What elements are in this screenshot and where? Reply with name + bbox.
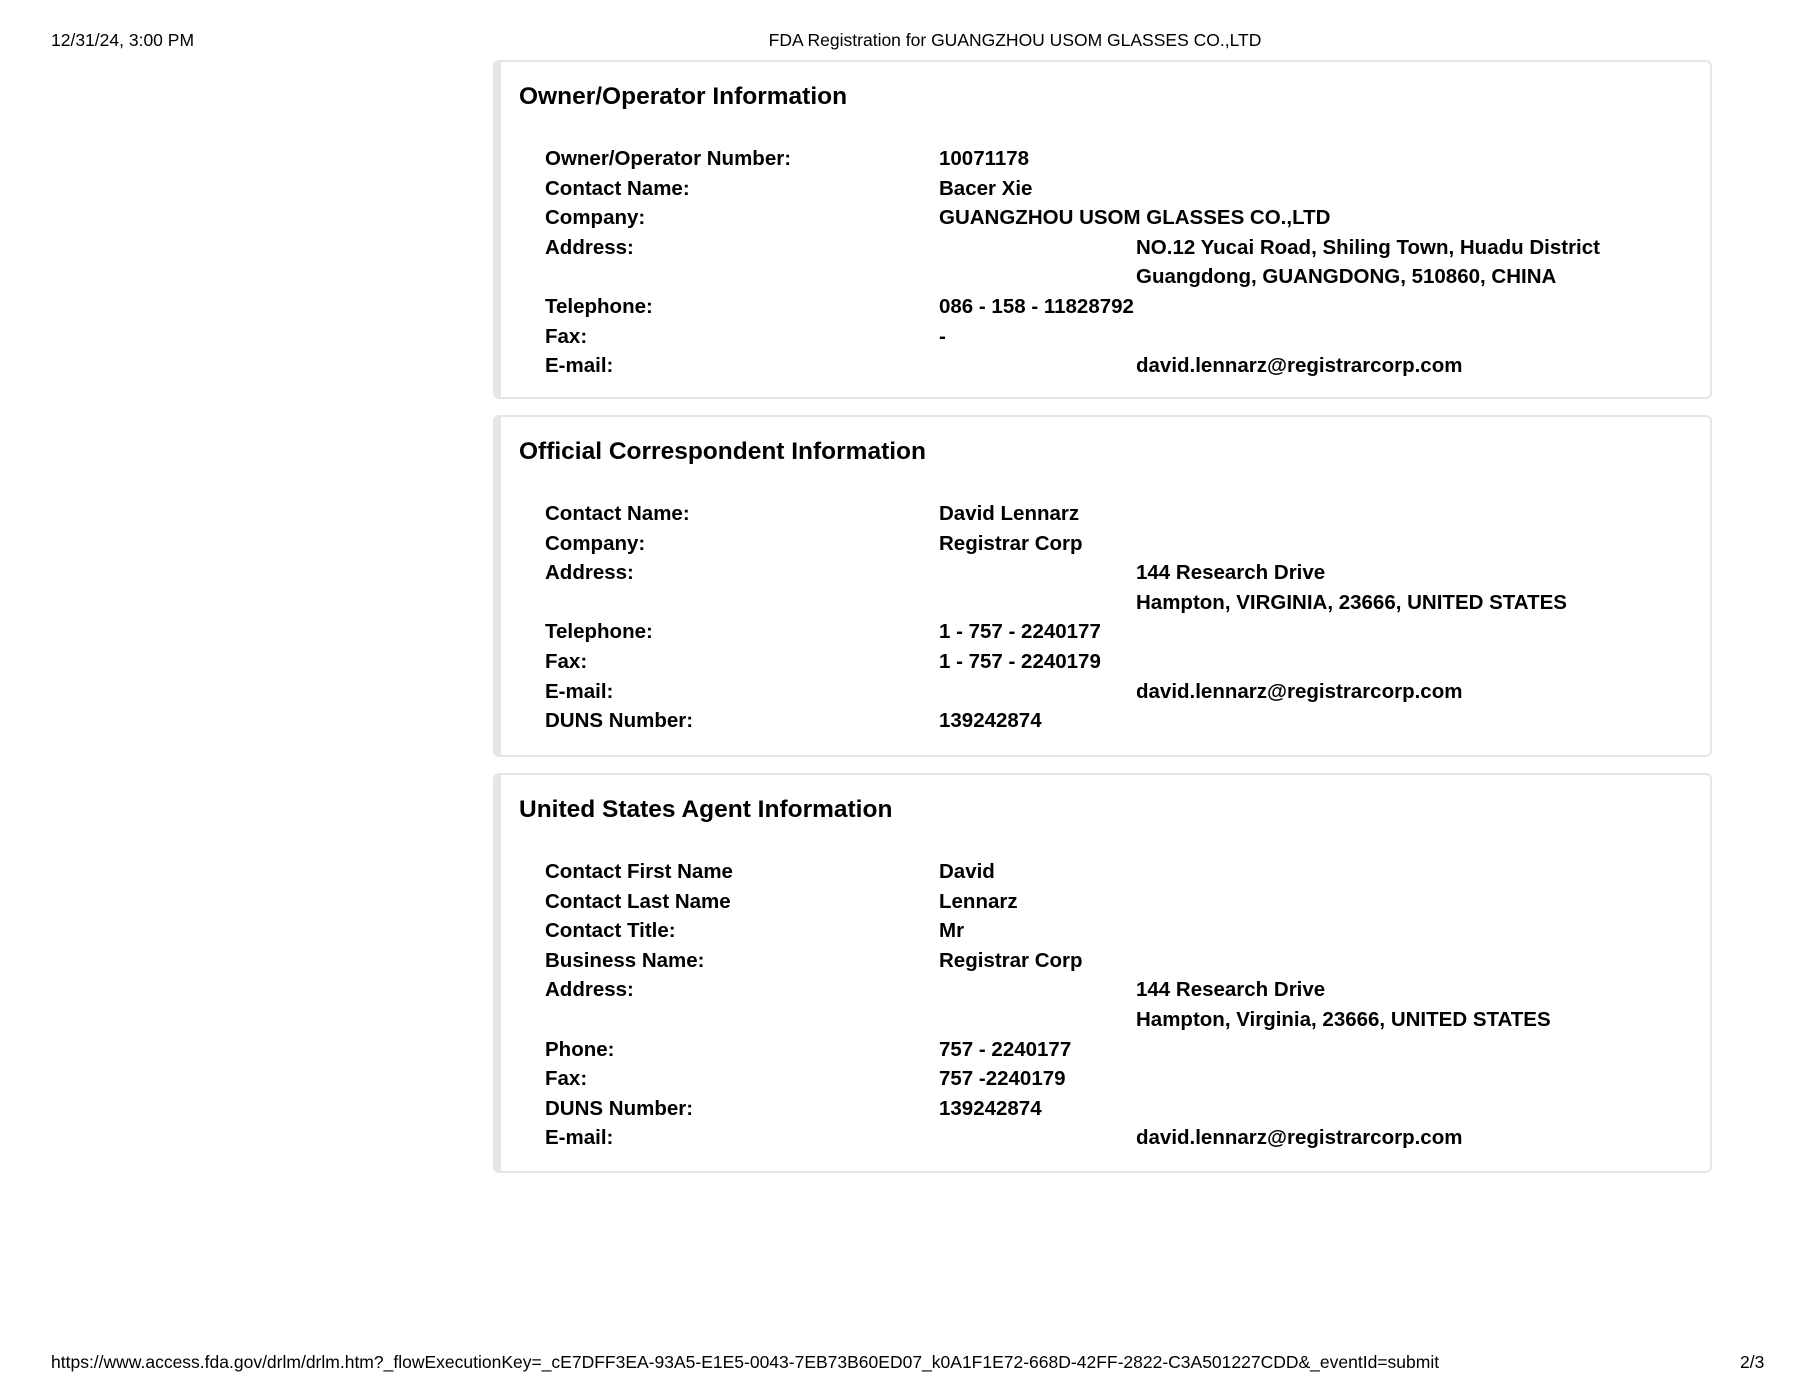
field-label: Fax: xyxy=(545,1064,587,1094)
field-value: 1 - 757 - 2240179 xyxy=(939,647,1101,677)
field-label: Phone: xyxy=(545,1035,614,1065)
field-label: Fax: xyxy=(545,647,587,677)
address-line-1: NO.12 Yucai Road, Shiling Town, Huadu Di… xyxy=(1136,233,1600,263)
section-title: Owner/Operator Information xyxy=(519,82,847,112)
field-value: Mr xyxy=(939,916,964,946)
field-value: 757 - 2240177 xyxy=(939,1035,1071,1065)
field-list: Contact First Name David Contact Last Na… xyxy=(545,857,1710,1153)
field-row-telephone: Telephone: 1 - 757 - 2240177 xyxy=(545,617,1710,647)
field-row-address: Address: 144 Research Drive Hampton, VIR… xyxy=(545,558,1710,617)
page-title: FDA Registration for GUANGZHOU USOM GLAS… xyxy=(0,29,1806,51)
field-value: 1 - 757 - 2240177 xyxy=(939,617,1101,647)
field-value: david.lennarz@registrarcorp.com xyxy=(1136,677,1462,707)
field-label: Address: xyxy=(545,975,634,1005)
field-value: 139242874 xyxy=(939,706,1042,736)
address-line-2: Guangdong, GUANGDONG, 510860, CHINA xyxy=(1136,262,1600,292)
field-label: Contact Name: xyxy=(545,174,690,204)
field-value: Lennarz xyxy=(939,887,1018,917)
field-value: Bacer Xie xyxy=(939,174,1032,204)
field-row-email: E-mail: david.lennarz@registrarcorp.com xyxy=(545,351,1710,381)
field-value: Registrar Corp xyxy=(939,946,1083,976)
field-row-company: Company: GUANGZHOU USOM GLASSES CO.,LTD xyxy=(545,203,1710,233)
address-line-1: 144 Research Drive xyxy=(1136,975,1551,1005)
field-label: Owner/Operator Number: xyxy=(545,144,791,174)
field-label: E-mail: xyxy=(545,677,613,707)
field-value: david.lennarz@registrarcorp.com xyxy=(1136,351,1462,381)
field-row-phone: Phone: 757 - 2240177 xyxy=(545,1035,1710,1065)
field-list: Owner/Operator Number: 10071178 Contact … xyxy=(545,144,1710,381)
page-url: https://www.access.fda.gov/drlm/drlm.htm… xyxy=(51,1351,1439,1373)
field-label: Address: xyxy=(545,558,634,588)
field-row-contact-name: Contact Name: Bacer Xie xyxy=(545,174,1710,204)
field-row-fax: Fax: 757 -2240179 xyxy=(545,1064,1710,1094)
field-value: 139242874 xyxy=(939,1094,1042,1124)
field-label: DUNS Number: xyxy=(545,1094,693,1124)
field-label: Business Name: xyxy=(545,946,705,976)
address-line-1: 144 Research Drive xyxy=(1136,558,1567,588)
field-value: David xyxy=(939,857,995,887)
address-line-2: Hampton, Virginia, 23666, UNITED STATES xyxy=(1136,1005,1551,1035)
field-label: Contact First Name xyxy=(545,857,733,887)
field-row-owner-operator-number: Owner/Operator Number: 10071178 xyxy=(545,144,1710,174)
field-row-contact-first-name: Contact First Name David xyxy=(545,857,1710,887)
field-value: 086 - 158 - 11828792 xyxy=(939,292,1134,322)
field-row-address: Address: 144 Research Drive Hampton, Vir… xyxy=(545,975,1710,1034)
field-label: DUNS Number: xyxy=(545,706,693,736)
owner-operator-section: Owner/Operator Information Owner/Operato… xyxy=(493,60,1712,399)
field-value: GUANGZHOU USOM GLASSES CO.,LTD xyxy=(939,203,1330,233)
field-value: 10071178 xyxy=(939,144,1029,174)
field-row-company: Company: Registrar Corp xyxy=(545,529,1710,559)
field-row-duns-number: DUNS Number: 139242874 xyxy=(545,706,1710,736)
field-row-fax: Fax: - xyxy=(545,322,1710,352)
field-row-address: Address: NO.12 Yucai Road, Shiling Town,… xyxy=(545,233,1710,292)
field-label: Company: xyxy=(545,529,645,559)
field-label: E-mail: xyxy=(545,1123,613,1153)
field-row-contact-name: Contact Name: David Lennarz xyxy=(545,499,1710,529)
field-label: Company: xyxy=(545,203,645,233)
address-line-2: Hampton, VIRGINIA, 23666, UNITED STATES xyxy=(1136,588,1567,618)
field-row-duns-number: DUNS Number: 139242874 xyxy=(545,1094,1710,1124)
us-agent-section: United States Agent Information Contact … xyxy=(493,773,1712,1173)
field-value: David Lennarz xyxy=(939,499,1079,529)
field-row-contact-title: Contact Title: Mr xyxy=(545,916,1710,946)
field-value: - xyxy=(939,322,946,352)
field-label: Telephone: xyxy=(545,617,653,647)
field-row-telephone: Telephone: 086 - 158 - 11828792 xyxy=(545,292,1710,322)
field-label: Fax: xyxy=(545,322,587,352)
field-label: Contact Title: xyxy=(545,916,676,946)
field-list: Contact Name: David Lennarz Company: Reg… xyxy=(545,499,1710,736)
field-row-email: E-mail: david.lennarz@registrarcorp.com xyxy=(545,677,1710,707)
field-label: Contact Name: xyxy=(545,499,690,529)
field-label: E-mail: xyxy=(545,351,613,381)
field-value: 757 -2240179 xyxy=(939,1064,1066,1094)
field-value: david.lennarz@registrarcorp.com xyxy=(1136,1123,1462,1153)
field-label: Contact Last Name xyxy=(545,887,731,917)
address-value: NO.12 Yucai Road, Shiling Town, Huadu Di… xyxy=(1136,233,1600,292)
official-correspondent-section: Official Correspondent Information Conta… xyxy=(493,415,1712,757)
section-title: United States Agent Information xyxy=(519,795,892,825)
field-label: Address: xyxy=(545,233,634,263)
section-title: Official Correspondent Information xyxy=(519,437,926,467)
field-label: Telephone: xyxy=(545,292,653,322)
field-row-fax: Fax: 1 - 757 - 2240179 xyxy=(545,647,1710,677)
address-value: 144 Research Drive Hampton, VIRGINIA, 23… xyxy=(1136,558,1567,617)
field-value: Registrar Corp xyxy=(939,529,1083,559)
page-number: 2/3 xyxy=(1740,1351,1764,1373)
field-row-business-name: Business Name: Registrar Corp xyxy=(545,946,1710,976)
field-row-contact-last-name: Contact Last Name Lennarz xyxy=(545,887,1710,917)
field-row-email: E-mail: david.lennarz@registrarcorp.com xyxy=(545,1123,1710,1153)
address-value: 144 Research Drive Hampton, Virginia, 23… xyxy=(1136,975,1551,1034)
